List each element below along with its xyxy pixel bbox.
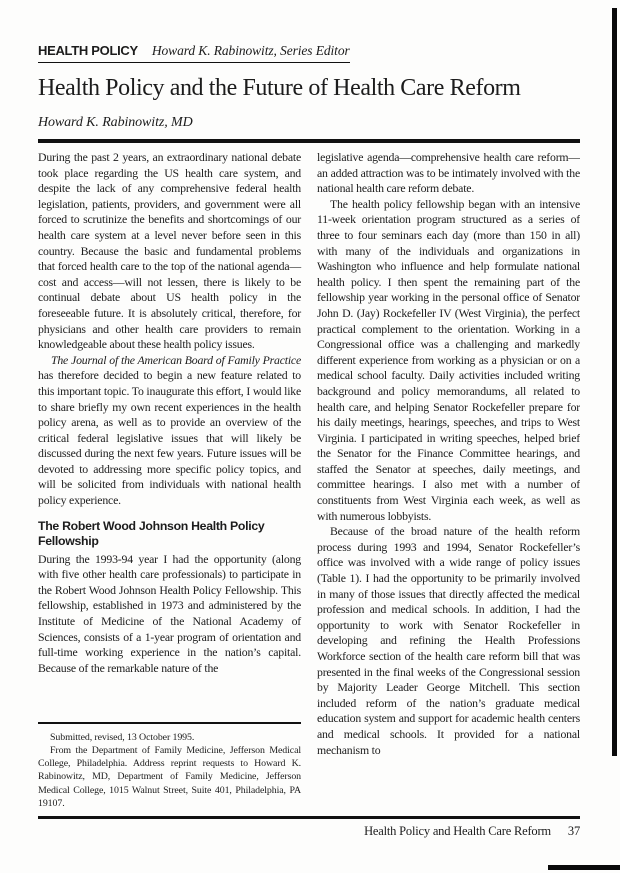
footnote-block: Submitted, revised, 13 October 1995. Fro… (38, 722, 301, 810)
page-footer: Health Policy and Health Care Reform 37 (38, 816, 580, 839)
article-body: During the past 2 years, an extraordinar… (38, 150, 580, 810)
paragraph-intro: During the past 2 years, an extraordinar… (38, 150, 301, 353)
section-heading: The Robert Wood Johnson Health Policy Fe… (38, 519, 301, 549)
series-banner: HEALTH POLICY Howard K. Rabinowitz, Seri… (38, 42, 350, 63)
series-editor: Howard K. Rabinowitz, Series Editor (152, 43, 350, 58)
article-header: HEALTH POLICY Howard K. Rabinowitz, Seri… (38, 42, 580, 143)
paragraph-journal-feature-text: has therefore decided to begin a new fea… (38, 368, 301, 507)
author-byline: Howard K. Rabinowitz, MD (38, 115, 580, 131)
journal-name: The Journal of the American Board of Fam… (51, 353, 301, 367)
scan-artifact-right-edge (612, 8, 617, 756)
paragraph-journal-feature: The Journal of the American Board of Fam… (38, 353, 301, 509)
article-title: Health Policy and the Future of Health C… (38, 75, 580, 102)
paragraph-fellowship: During the 1993-94 year I had the opport… (38, 552, 301, 677)
page-number: 37 (568, 824, 580, 838)
footnote-affiliation: From the Department of Family Medicine, … (38, 744, 301, 810)
right-column: legislative agenda—comprehensive health … (317, 150, 580, 810)
paragraph-reform-process: Because of the broad nature of the healt… (317, 524, 580, 758)
footnote-submitted: Submitted, revised, 13 October 1995. (38, 731, 301, 744)
footer-rule (38, 816, 580, 819)
paragraph-orientation: The health policy fellowship began with … (317, 197, 580, 524)
paragraph-continuation: legislative agenda—comprehensive health … (317, 150, 580, 197)
header-rule (38, 139, 580, 143)
left-column: During the past 2 years, an extraordinar… (38, 150, 301, 810)
scan-artifact-bottom-right (548, 865, 620, 870)
running-foot: Health Policy and Health Care Reform 37 (38, 824, 580, 839)
series-title: HEALTH POLICY (38, 43, 138, 58)
running-title: Health Policy and Health Care Reform (364, 824, 551, 838)
journal-page: HEALTH POLICY Howard K. Rabinowitz, Seri… (0, 0, 620, 873)
footnote-rule (38, 722, 301, 724)
